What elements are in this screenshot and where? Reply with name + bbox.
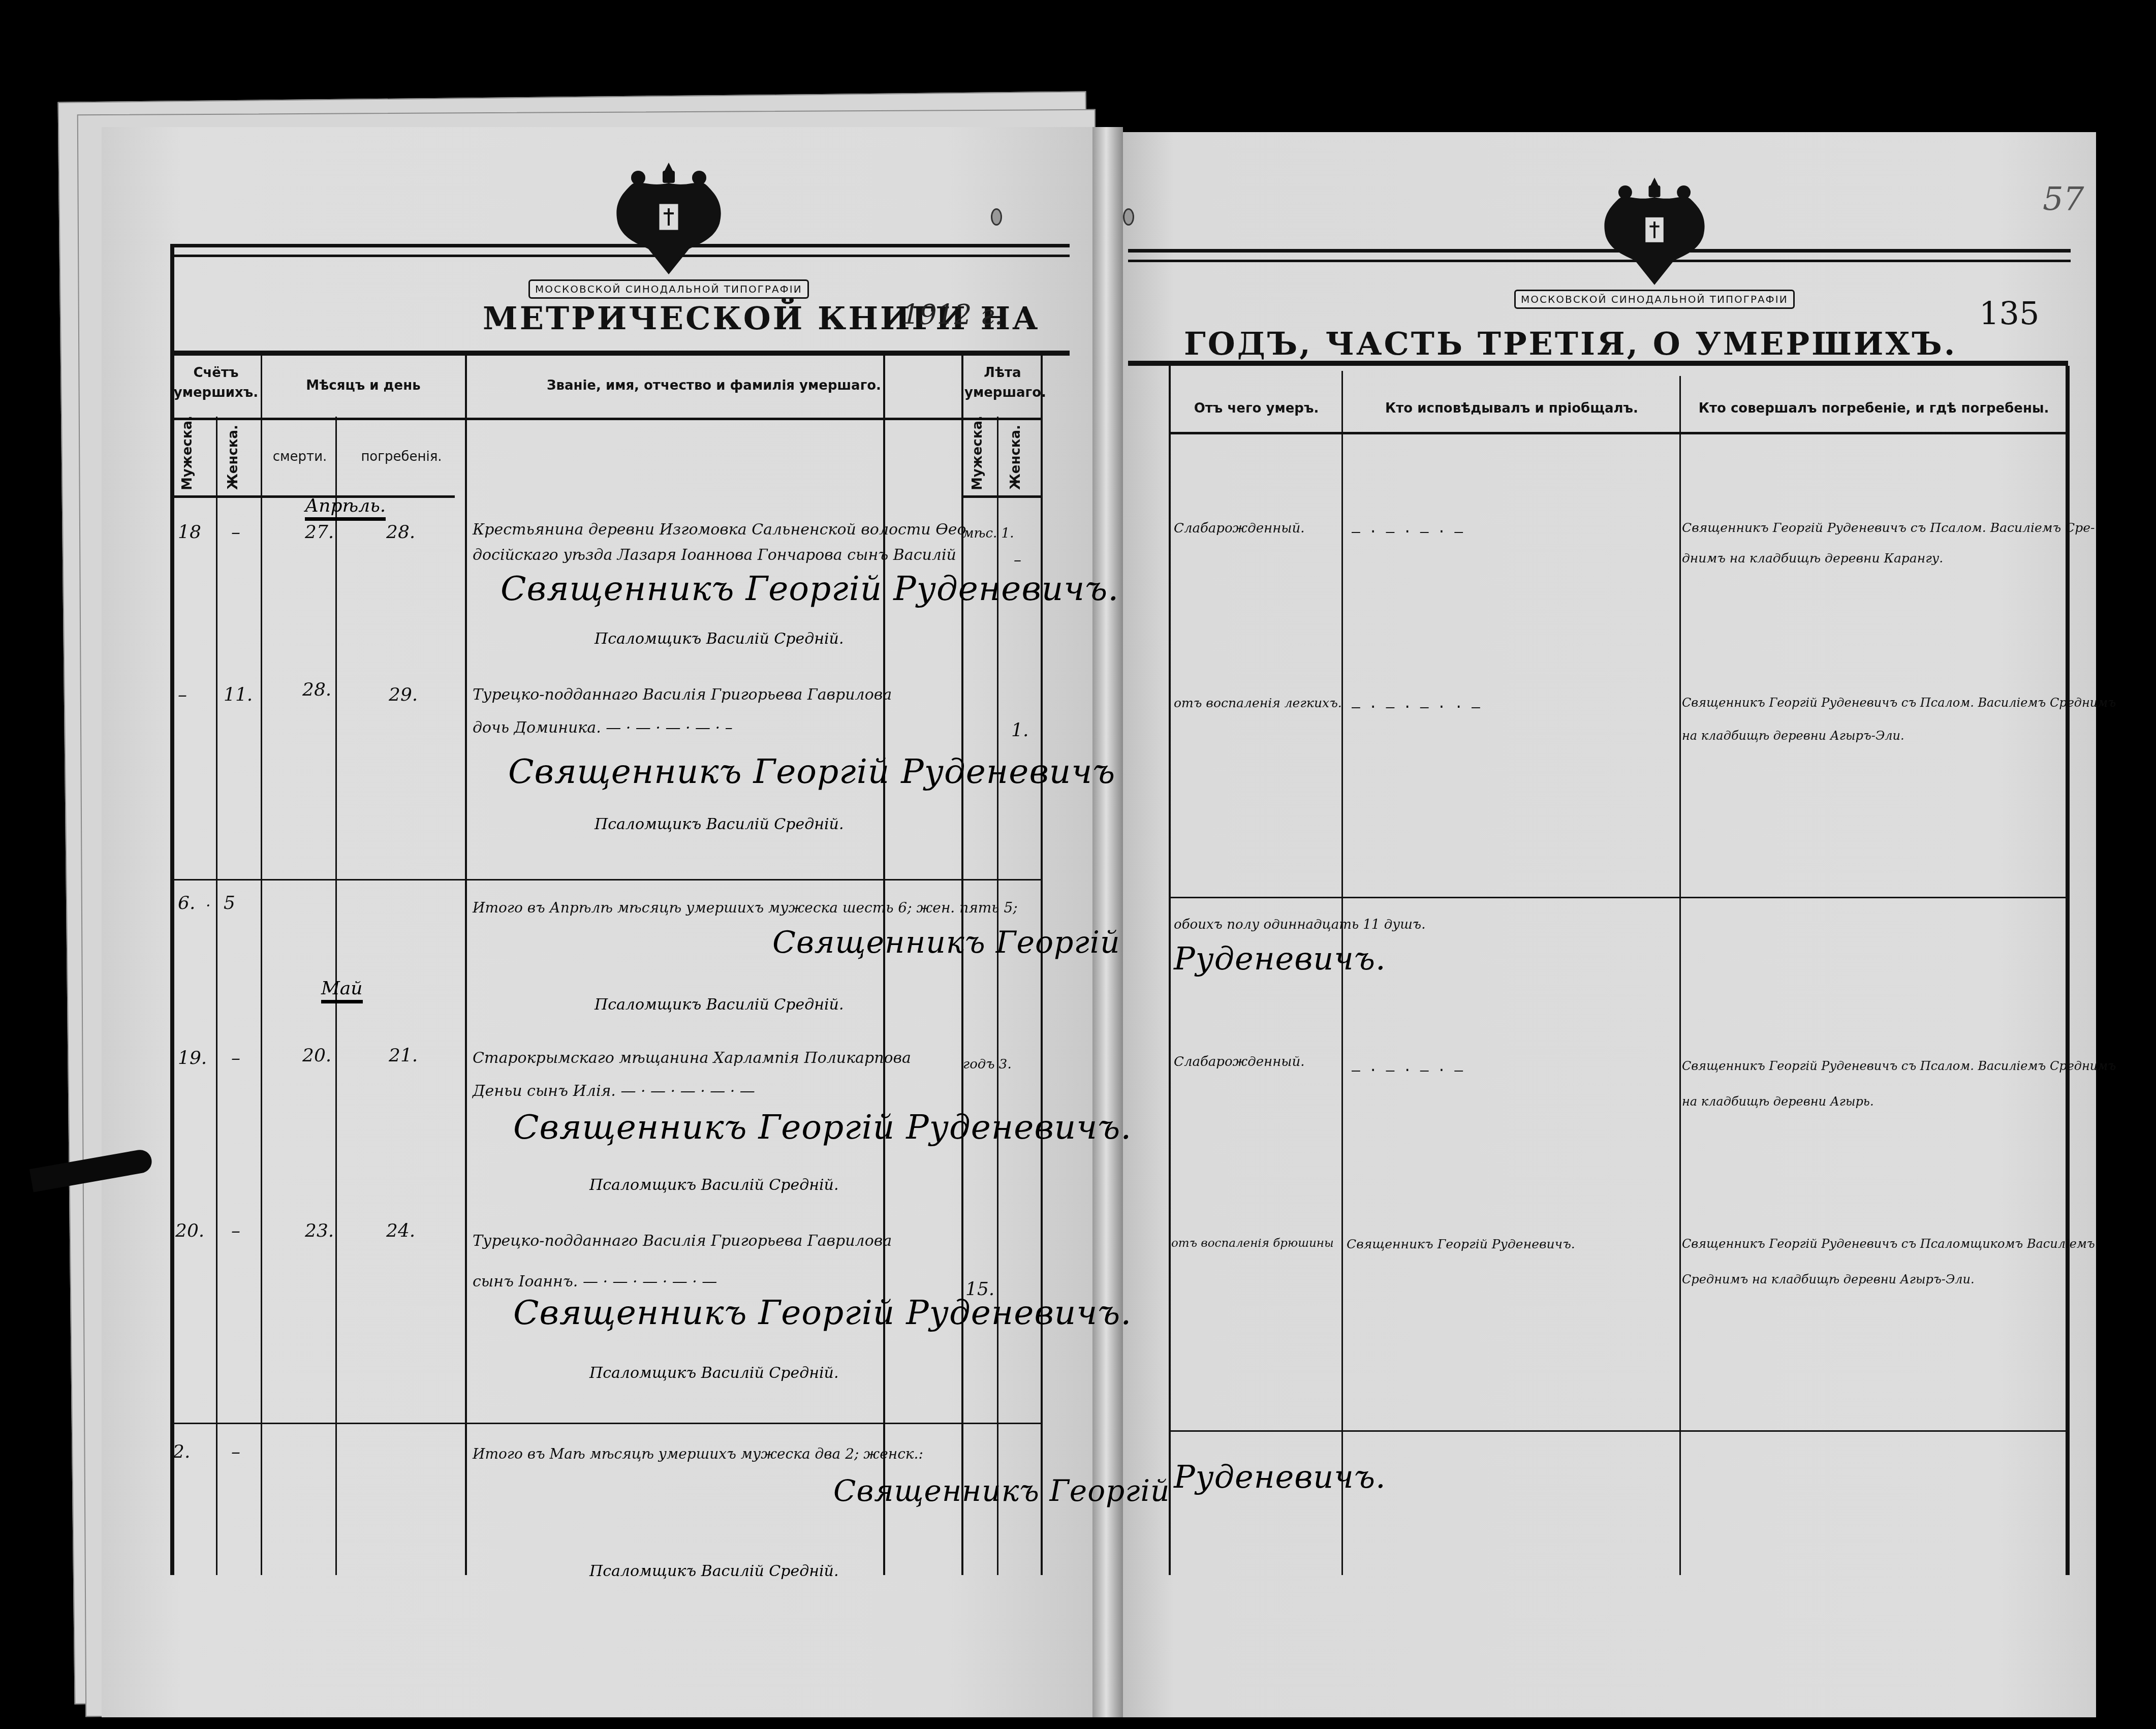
header-date-group: Мѣсяцъ и день <box>264 376 462 396</box>
burial-day: 28. <box>386 518 415 547</box>
cause-of-death: Слабарожденный. <box>1174 518 1304 539</box>
age-male: мѣс. 1. <box>963 523 1014 544</box>
deceased-name-line: Старокрымскаго мѣщанина Харлампія Полика… <box>473 1047 911 1071</box>
confessor-blank: — · — · — · · — <box>1352 699 1480 715</box>
header-age-female: Женска. <box>1006 424 1026 490</box>
priest-signature: Священникъ Георгій Руденевичъ. <box>501 569 1119 608</box>
double-headed-eagle-icon <box>603 158 735 285</box>
col-divider <box>1679 376 1681 1575</box>
deceased-name-line: сынъ Іоаннъ. — · — · — · — · — <box>473 1270 717 1294</box>
psalmist-signature: Псаломщикъ Василій Средній. <box>589 1364 838 1382</box>
count-female: 11. <box>224 681 253 709</box>
priest-signature: Священникъ Георгій <box>772 925 1120 960</box>
header-burial: Кто совершалъ погребеніе, и гдѣ погребен… <box>1682 399 2066 419</box>
confessor: Священникъ Георгій Руденевичъ. <box>1347 1235 1575 1254</box>
section-rule <box>170 879 1042 881</box>
burial-info-line: Священникъ Георгій Руденевичъ съ Псаломщ… <box>1682 1235 2095 1253</box>
handwritten-year: 1912 г. <box>902 299 1003 331</box>
count-male: 18 <box>178 518 201 547</box>
deceased-name-line: досійскаго уѣзда Лазаря Іоаннова Гончаро… <box>473 544 956 568</box>
count-female: – <box>231 1217 240 1245</box>
burial-info-line: Среднимъ на кладбищѣ деревни Агыръ-Эли. <box>1682 1270 1975 1289</box>
section-rule <box>170 1423 1042 1424</box>
burial-day: 29. <box>389 681 418 709</box>
priest-signature-continuation: Руденевичъ. <box>1174 940 1386 977</box>
header-confessor: Кто исповѣдывалъ и пріобщалъ. <box>1344 399 1679 419</box>
burial-info-line: на кладбищѣ деревни Агыръ-Эли. <box>1682 727 1904 745</box>
crest-ribbon: МОСКОВСКОЙ СИНОДАЛЬНОЙ ТИПОГРАФІИ <box>528 279 809 299</box>
header-count-group: Счётъ умершихъ. <box>173 363 259 403</box>
psalmist-signature: Псаломщикъ Василій Средній. <box>589 1562 838 1580</box>
header-cause: Отъ чего умеръ. <box>1171 399 1341 419</box>
count-male: 19. <box>178 1044 207 1073</box>
priest-signature-continuation: Руденевичъ. <box>1174 1458 1386 1495</box>
header-divider <box>170 418 1042 420</box>
imperial-crest-right: МОСКОВСКОЙ СИНОДАЛЬНОЙ ТИПОГРАФІИ <box>1514 173 1795 309</box>
death-day: 23. <box>305 1217 334 1245</box>
priest-signature: Священникъ Георгій Руденевичъ. <box>513 1108 1132 1147</box>
deceased-name-line: Деньи сынъ Илія. — · — · — · — · — <box>473 1080 755 1104</box>
table-border-right <box>2066 366 2070 1575</box>
name-summary: Итого въ Апрѣлѣ мѣсяцѣ умершихъ мужеска … <box>473 897 1018 919</box>
page-number: 135 <box>1979 295 2039 332</box>
psalmist-signature: Псаломщикъ Василій Средній. <box>595 815 843 833</box>
double-headed-eagle-icon <box>1591 173 1718 295</box>
crest-ribbon: МОСКОВСКОЙ СИНОДАЛЬНОЙ ТИПОГРАФІИ <box>1514 290 1795 309</box>
burial-info-line: Священникъ Георгій Руденевичъ съ Псалом.… <box>1682 694 2116 712</box>
priest-signature: Священникъ Георгій <box>833 1473 1170 1508</box>
count-female: – <box>231 1438 240 1466</box>
binding-hole <box>1123 208 1134 226</box>
page-heading-right: ГОДЪ, ЧАСТЬ ТРЕТІЯ, О УМЕРШИХЪ. <box>1184 325 1957 362</box>
deceased-name-line: Турецко-подданнаго Василія Григорьева Га… <box>473 1230 892 1253</box>
age-female: 1. <box>1011 716 1028 745</box>
col-divider <box>1041 356 1043 1575</box>
count-male: – <box>178 681 187 709</box>
count-male: 20. <box>175 1217 204 1245</box>
burial-day: 21. <box>389 1042 418 1070</box>
burial-info-line: днимъ на кладбищѣ деревни Карангу. <box>1682 549 1943 569</box>
count-female: – <box>231 1044 240 1073</box>
table-top-rule <box>1128 361 2068 366</box>
count-male: 6. <box>178 889 195 918</box>
death-day: 20. <box>302 1042 331 1070</box>
confessor-blank: — · — · — · — <box>1352 1062 1463 1079</box>
header-date-burial: погребенія. <box>338 447 465 467</box>
header-age-male: Мужеска. <box>968 424 988 490</box>
psalmist-signature: Псаломщикъ Василій Средній. <box>595 996 843 1014</box>
count-male: 2. <box>173 1438 190 1466</box>
death-day: 27. <box>305 518 334 547</box>
header-rule <box>1128 249 2071 262</box>
confessor-blank: — · — · — · — <box>1352 523 1463 540</box>
header-count-male: Мужеска. <box>178 424 198 490</box>
imperial-crest-left: МОСКОВСКОЙ СИНОДАЛЬНОЙ ТИПОГРАФІИ <box>528 158 809 299</box>
death-day: · <box>206 894 211 918</box>
priest-signature: Священникъ Георгій Руденевичъ <box>508 752 1115 791</box>
section-rule <box>1169 1430 2066 1432</box>
cause-of-death: Слабарожденный. <box>1174 1052 1304 1072</box>
month-may: Май <box>321 978 363 1003</box>
name-summary: Итого въ Маѣ мѣсяцѣ умершихъ мужеска два… <box>473 1443 923 1465</box>
burial-info-line: Священникъ Георгій Руденевичъ съ Псалом.… <box>1682 1057 2116 1076</box>
burial-day: 24. <box>386 1217 415 1245</box>
header-age-group: Лѣта умершаго. <box>964 363 1041 403</box>
cause-of-death: отъ воспаленія брюшины <box>1171 1235 1334 1253</box>
burial-info-line: на кладбищѣ деревни Агырь. <box>1682 1092 1874 1111</box>
psalmist-signature: Псаломщикъ Василій Средній. <box>595 630 843 648</box>
binding-hole <box>991 208 1002 226</box>
pencil-folio-number: 57 <box>2043 180 2084 218</box>
col-divider <box>261 356 262 1575</box>
table-top-rule <box>170 351 1070 356</box>
col-divider <box>1169 366 1171 1575</box>
death-day: 28. <box>302 676 331 704</box>
count-female: – <box>231 518 240 547</box>
header-count-female: Женска. <box>224 424 243 490</box>
age-male: годъ 3. <box>963 1054 1012 1075</box>
deceased-name-line: дочь Доминика. — · — · — · — · – <box>473 716 733 740</box>
header-name: Званіе, имя, отчество и фамилія умершаго… <box>470 376 958 396</box>
col-divider <box>216 417 217 1575</box>
summary-continuation: обоихъ полу одиннадцать 11 душъ. <box>1174 915 1425 935</box>
count-female: 5 <box>224 889 235 918</box>
section-rule <box>1169 897 2066 898</box>
table-border-left <box>170 244 174 1575</box>
psalmist-signature: Псаломщикъ Василій Средній. <box>589 1176 838 1194</box>
deceased-name-line: Турецко-подданнаго Василія Григорьева Га… <box>473 683 892 707</box>
header-bottom-rule <box>963 495 1042 498</box>
header-date-death: смерти. <box>264 447 335 467</box>
header-bottom-rule <box>1169 432 2066 434</box>
burial-info-line: Священникъ Георгій Руденевичъ съ Псалом.… <box>1682 518 2095 538</box>
header-rule <box>170 244 1070 257</box>
priest-signature: Священникъ Георгій Руденевичъ. <box>513 1293 1132 1332</box>
deceased-name-line: Крестьянина деревни Изгомовка Сальненско… <box>473 518 966 542</box>
cause-of-death: отъ воспаленія легкихъ. <box>1174 694 1342 713</box>
col-divider <box>465 356 467 1575</box>
month-april: Апрѣль. <box>305 495 386 521</box>
